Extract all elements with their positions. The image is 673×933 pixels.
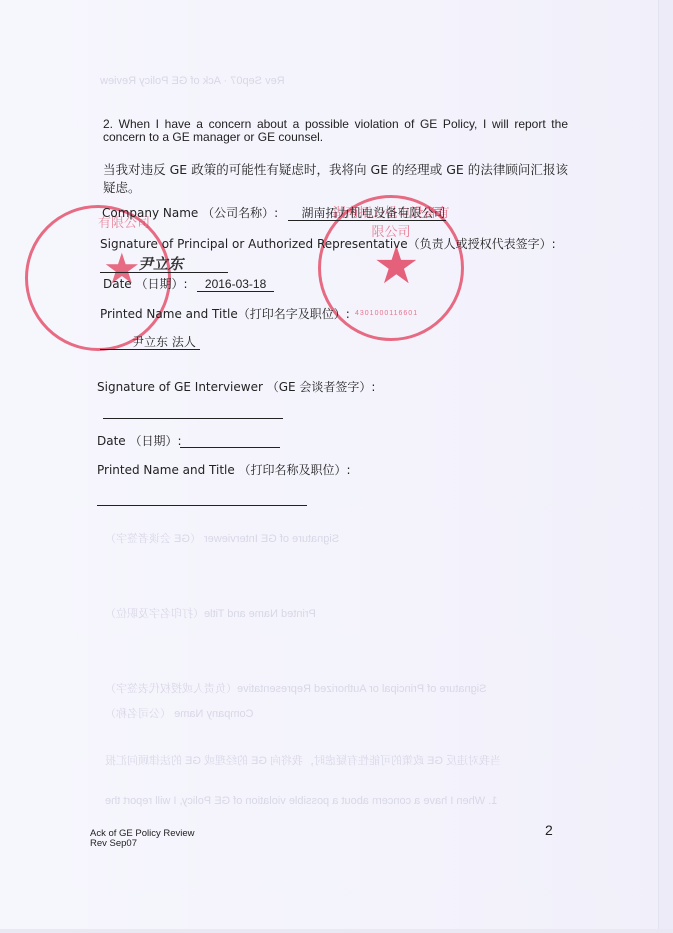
principal-date-value: 2016-03-18 <box>197 277 274 292</box>
principal-signature-line <box>100 272 228 273</box>
bleed-through-text: Printed Name and Title（打印名字及职位） <box>105 605 316 621</box>
clause-chinese: 当我对违反 GE 政策的可能性有疑虑时，我将向 GE 的经理或 GE 的法律顾问… <box>103 161 568 197</box>
seal-serial: 4301000116601 <box>355 310 418 317</box>
interviewer-date-line <box>180 447 280 448</box>
clause-text: When I have a concern about a possible v… <box>103 117 568 144</box>
interviewer-printed-label: Printed Name and Title （打印名称及职位）: <box>97 463 351 477</box>
principal-printed-label: Printed Name and Title（打印名字及职位）: <box>100 307 350 321</box>
bleed-through-text: Signature of GE Interviewer （GE 会谈者签字） <box>105 530 339 546</box>
clause-english: 2. When I have a concern about a possibl… <box>103 118 568 144</box>
company-name-value: 湖南拓力机电设备有限公司 <box>288 206 446 221</box>
company-name-label: Company Name （公司名称）: <box>102 206 278 220</box>
bleed-through-text: 当我对违反 GE 政策的可能性有疑虑时，我将向 GE 的经理或 GE 的法律顾问… <box>105 752 501 768</box>
principal-date-label: Date （日期）: <box>103 277 188 291</box>
principal-signature: 尹立东 <box>138 253 183 274</box>
interviewer-signature-label: Signature of GE Interviewer （GE 会谈者签字）: <box>97 380 375 394</box>
interviewer-date-label: Date （日期）: <box>97 434 182 448</box>
footer-revision: Rev Sep07 <box>90 839 137 849</box>
interviewer-signature-line <box>103 418 283 419</box>
bleed-through-text: Rev Sep07 · Ack of GE Policy Review <box>100 75 285 87</box>
page-edge <box>658 0 673 933</box>
clause-number: 2. <box>103 117 113 131</box>
page-bottom-edge <box>0 929 673 933</box>
company-name-row: Company Name （公司名称）: 湖南拓力机电设备有限公司 <box>102 206 446 220</box>
bleed-through-text: Company Name （公司名称） <box>105 705 254 721</box>
principal-date-row: Date （日期）: 2016-03-18 <box>103 277 274 291</box>
principal-signature-label: Signature of Principal or Authorized Rep… <box>100 237 556 251</box>
page-number: 2 <box>545 822 553 838</box>
bleed-through-text: Signature of Principal or Authorized Rep… <box>105 680 486 696</box>
principal-printed-value: 尹立东 法人 <box>100 335 200 350</box>
interviewer-printed-line <box>97 505 307 506</box>
bleed-through-text: 1. When I have a concern about a possibl… <box>105 795 497 807</box>
